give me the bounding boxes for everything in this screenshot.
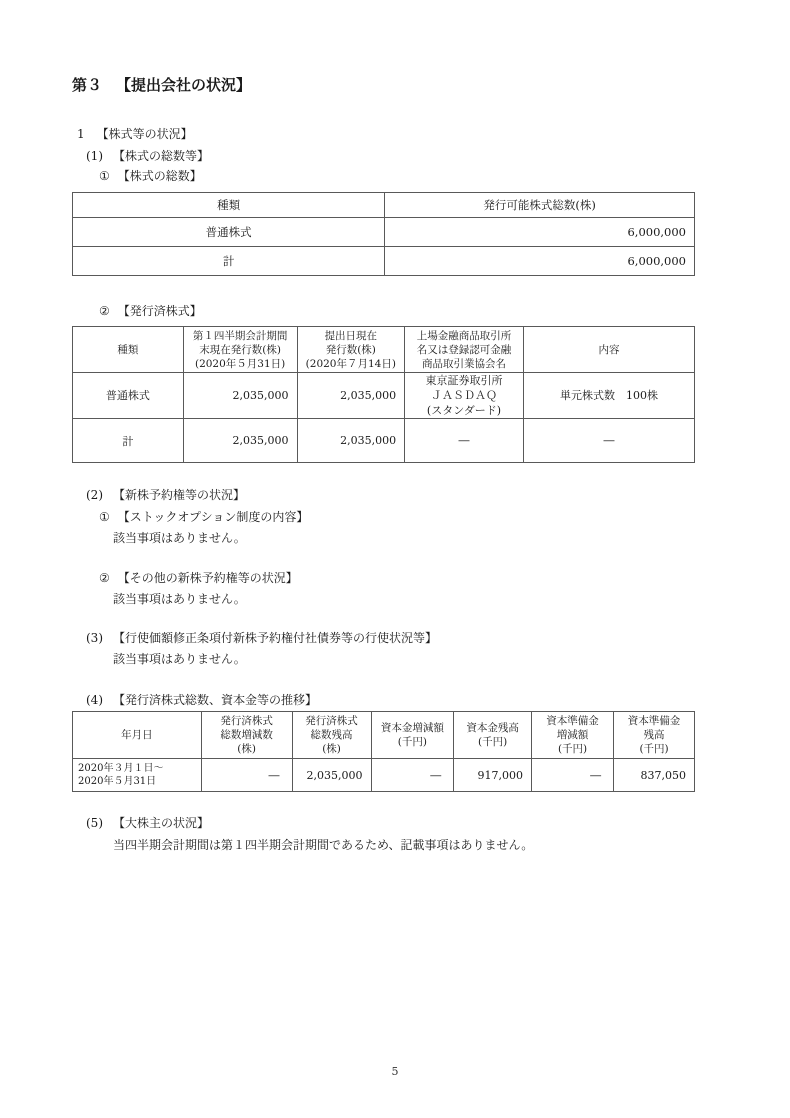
table-row: 計 2,035,000 2,035,000 ― ― (73, 419, 695, 463)
subsection-title: 【行使価額修正条項付新株予約権付社債券等の行使状況等】 (113, 631, 437, 645)
table-cell: 普通株式 (73, 218, 385, 247)
chapter-heading: 第３【提出会社の状況】 (0, 76, 790, 96)
table-header-cell: 発行済株式 総数残高 (株) (292, 712, 371, 759)
item-heading-1-1-1: ①【株式の総数】 (0, 166, 790, 186)
table-cell: 計 (73, 419, 184, 463)
capital-history-table: 年月日 発行済株式 総数増減数 (株) 発行済株式 総数残高 (株) 資本金増減… (72, 711, 695, 792)
table-cell: ― (523, 419, 694, 463)
subsection-number: (5) (86, 816, 103, 830)
document-page: 第３【提出会社の状況】 1【株式等の状況】 (1)【株式の総数等】 ①【株式の総… (0, 0, 790, 1118)
table-header-cell: 発行可能株式総数(株) (385, 193, 695, 218)
table-cell: 917,000 (454, 759, 532, 792)
item-number: ① (99, 169, 110, 183)
item-title: 【ストックオプション制度の内容】 (118, 510, 309, 524)
not-applicable-note: 該当事項はありません。 (0, 649, 790, 669)
table-cell: 単元株式数 100株 (523, 373, 694, 419)
table-header-cell: 種類 (73, 193, 385, 218)
item-title: 【発行済株式】 (118, 304, 202, 318)
table-cell: ― (532, 759, 614, 792)
table-row: 普通株式 6,000,000 (73, 218, 695, 247)
table-cell: ― (371, 759, 454, 792)
chapter-number: 第３ (72, 77, 102, 94)
subsection-title: 【株式の総数等】 (113, 149, 209, 163)
subsection-title: 【発行済株式総数、資本金等の推移】 (113, 693, 317, 707)
subsection-number: (1) (86, 149, 103, 163)
table-header-row: 種類 発行可能株式総数(株) (73, 193, 695, 218)
item-number: ② (99, 571, 110, 585)
item-number: ② (99, 304, 110, 318)
section-heading-1: 1【株式等の状況】 (0, 124, 790, 144)
total-shares-table: 種類 発行可能株式総数(株) 普通株式 6,000,000 計 6,000,00… (72, 192, 695, 276)
subsection-number: (4) (86, 693, 103, 707)
table-header-cell: 資本金残高 (千円) (454, 712, 532, 759)
table-header-cell: 内容 (523, 327, 694, 373)
table-header-cell: 上場金融商品取引所 名又は登録認可金融 商品取引業協会名 (405, 327, 524, 373)
table-header-cell: 発行済株式 総数増減数 (株) (201, 712, 292, 759)
subsection-heading-1-4: (4)【発行済株式総数、資本金等の推移】 (0, 690, 790, 710)
table-header-row: 種類 第１四半期会計期間 末現在発行数(株) (2020年５月31日) 提出日現… (73, 327, 695, 373)
table-header-cell: 資本準備金 残高 (千円) (614, 712, 695, 759)
item-title: 【株式の総数】 (118, 169, 202, 183)
subsection-title: 【大株主の状況】 (113, 816, 209, 830)
section-title: 【株式等の状況】 (97, 127, 193, 141)
table-cell: 普通株式 (73, 373, 184, 419)
subsection-heading-1-3: (3)【行使価額修正条項付新株予約権付社債券等の行使状況等】 (0, 628, 790, 648)
subsection-heading-1-1: (1)【株式の総数等】 (0, 146, 790, 166)
section-number: 1 (77, 127, 85, 141)
table-cell: 837,050 (614, 759, 695, 792)
subsection-title: 【新株予約権等の状況】 (113, 488, 245, 502)
table-cell: 2,035,000 (183, 373, 297, 419)
table-cell: 2,035,000 (292, 759, 371, 792)
table-row: 2020年３月１日～ 2020年５月31日 ― 2,035,000 ― 917,… (73, 759, 695, 792)
item-heading-1-2-1: ①【ストックオプション制度の内容】 (0, 507, 790, 527)
subsection-heading-1-2: (2)【新株予約権等の状況】 (0, 485, 790, 505)
table-cell: ― (201, 759, 292, 792)
table-header-cell: 種類 (73, 327, 184, 373)
table-header-cell: 提出日現在 発行数(株) (2020年７月14日) (297, 327, 405, 373)
table-row: 計 6,000,000 (73, 247, 695, 276)
table-cell: 東京証券取引所 ＪＡＳＤＡＱ (スタンダード) (405, 373, 524, 419)
item-title: 【その他の新株予約権等の状況】 (118, 571, 298, 585)
table-cell: 2020年３月１日～ 2020年５月31日 (73, 759, 202, 792)
table-cell: 2,035,000 (183, 419, 297, 463)
subsection-number: (2) (86, 488, 103, 502)
item-heading-1-2-2: ②【その他の新株予約権等の状況】 (0, 568, 790, 588)
table-cell: 計 (73, 247, 385, 276)
table-header-cell: 資本準備金 増減額 (千円) (532, 712, 614, 759)
not-applicable-note: 該当事項はありません。 (0, 589, 790, 609)
subsection-number: (3) (86, 631, 103, 645)
table-header-cell: 資本金増減額 (千円) (371, 712, 454, 759)
table-cell: ― (405, 419, 524, 463)
table-header-cell: 第１四半期会計期間 末現在発行数(株) (2020年５月31日) (183, 327, 297, 373)
not-applicable-note: 該当事項はありません。 (0, 528, 790, 548)
chapter-title: 【提出会社の状況】 (116, 77, 251, 94)
table-cell: 6,000,000 (385, 218, 695, 247)
page-number: 5 (0, 1065, 790, 1078)
table-cell: 2,035,000 (297, 419, 405, 463)
table-header-cell: 年月日 (73, 712, 202, 759)
subsection-heading-1-5: (5)【大株主の状況】 (0, 813, 790, 833)
item-heading-1-1-2: ②【発行済株式】 (0, 301, 790, 321)
table-header-row: 年月日 発行済株式 総数増減数 (株) 発行済株式 総数残高 (株) 資本金増減… (73, 712, 695, 759)
table-cell: 2,035,000 (297, 373, 405, 419)
table-cell: 6,000,000 (385, 247, 695, 276)
issued-shares-table: 種類 第１四半期会計期間 末現在発行数(株) (2020年５月31日) 提出日現… (72, 326, 695, 463)
major-shareholders-note: 当四半期会計期間は第１四半期会計期間であるため、記載事項はありません。 (0, 835, 790, 855)
item-number: ① (99, 510, 110, 524)
table-row: 普通株式 2,035,000 2,035,000 東京証券取引所 ＪＡＳＤＡＱ … (73, 373, 695, 419)
